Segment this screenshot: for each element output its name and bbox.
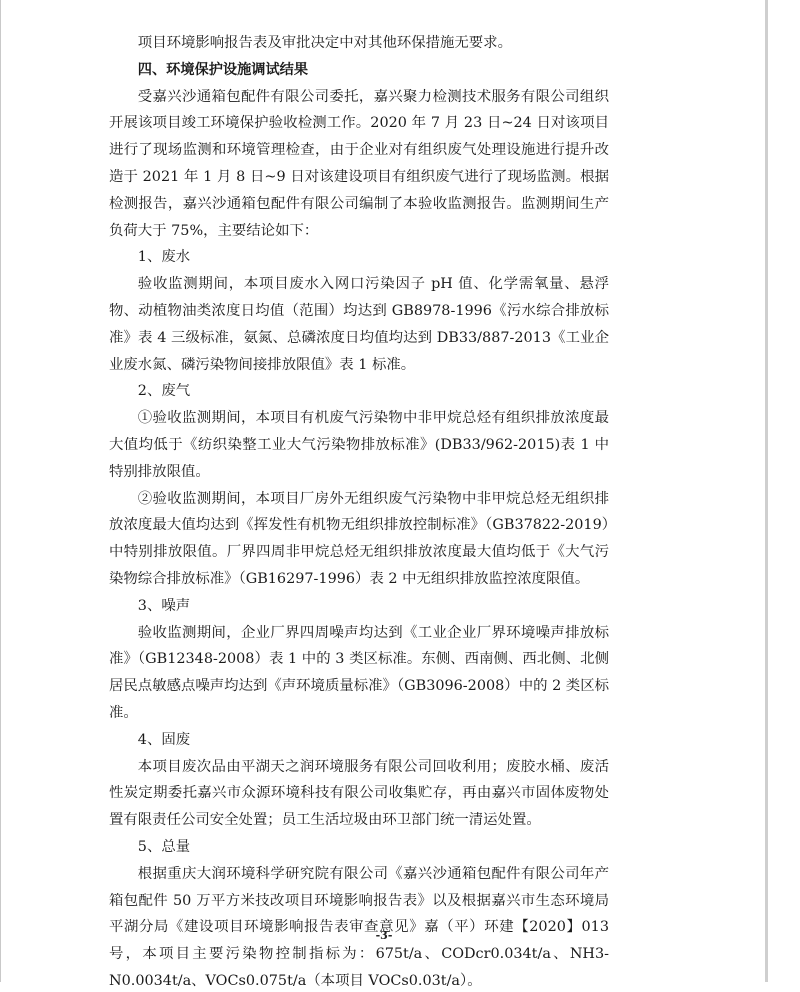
page-edge-shadow (765, 0, 768, 982)
subsection-title-noise: 3、噪声 (109, 593, 609, 620)
page-number: -3- (1, 929, 767, 942)
exhaust-paragraph-2: ②验收监测期间，本项目厂房外无组织废气污染物中非甲烷总烃无组织排放浓度最大值均达… (109, 486, 609, 593)
intro-paragraph: 受嘉兴沙通箱包配件有限公司委托，嘉兴聚力检测技术服务有限公司组织开展该项目竣工环… (109, 84, 609, 245)
subsection-title-wastewater: 1、废水 (109, 244, 609, 271)
document-page: 项目环境影响报告表及审批决定中对其他环保措施无要求。 四、环境保护设施调试结果 … (0, 0, 767, 982)
page-content: 项目环境影响报告表及审批决定中对其他环保措施无要求。 四、环境保护设施调试结果 … (109, 30, 609, 992)
total-quantity-paragraph: 根据重庆大润环境科学研究院有限公司《嘉兴沙通箱包配件有限公司年产箱包配件 50 … (109, 861, 609, 992)
subsection-title-exhaust: 2、废气 (109, 378, 609, 405)
solid-waste-paragraph: 本项目废次品由平湖天之润环境服务有限公司回收利用；废胶水桶、废活性炭定期委托嘉兴… (109, 754, 609, 834)
section-heading: 四、环境保护设施调试结果 (109, 57, 609, 84)
subsection-title-total-quantity: 5、总量 (109, 834, 609, 861)
subsection-title-solid-waste: 4、固废 (109, 727, 609, 754)
lead-line: 项目环境影响报告表及审批决定中对其他环保措施无要求。 (109, 30, 609, 57)
exhaust-paragraph-1: ①验收监测期间，本项目有机废气污染物中非甲烷总烃有组织排放浓度最大值均低于《纺织… (109, 405, 609, 485)
noise-paragraph: 验收监测期间，企业厂界四周噪声均达到《工业企业厂界环境噪声排放标准》（GB123… (109, 620, 609, 727)
wastewater-paragraph: 验收监测期间，本项目废水入网口污染因子 pH 值、化学需氧量、悬浮物、动植物油类… (109, 271, 609, 378)
